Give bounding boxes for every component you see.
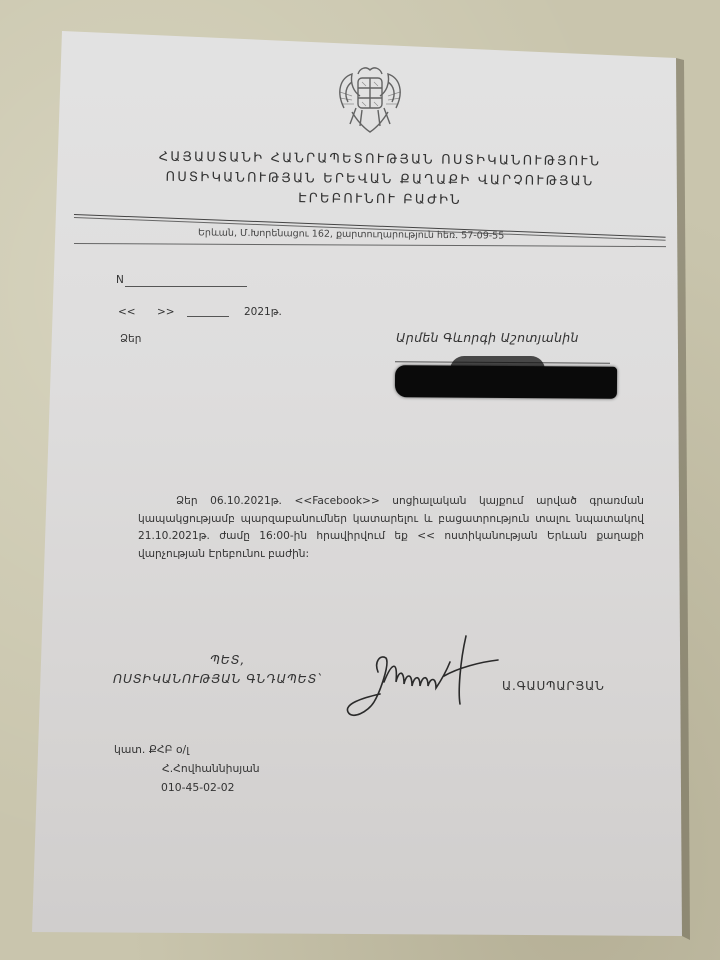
executor-label: կատ. ՔՀԲ օ/լ	[114, 743, 189, 756]
redacted-address	[395, 365, 617, 399]
date-quote-open: <<	[118, 306, 136, 318]
letter-body: Ձեր 06.10.2021թ. <<Facebook>> սոցիալական…	[138, 493, 644, 563]
executor-name: Հ.Հովհաննիսյան	[162, 762, 260, 775]
recipient-name: Արմեն Գևորգի Աշոտյանին	[396, 330, 579, 345]
reference-number-line	[125, 286, 247, 287]
signatory-title-2: ՈՍՏԻԿԱՆՈՒԹՅԱՆ ԳՆԴԱՊԵՏ՝	[113, 671, 321, 686]
reference-number-label: N	[116, 274, 124, 286]
header-line-2: ՈՍՏԻԿԱՆՈՒԹՅԱՆ ԵՐԵՎԱՆ ՔԱՂԱՔԻ ՎԱՐՉՈՒԹՅԱՆ	[150, 170, 610, 190]
header-rule-bottom	[74, 243, 666, 247]
header-line-3: ԷՐԵԲՈՒՆՈՒ ԲԱԺԻՆ	[150, 190, 610, 210]
salutation: Ձեր	[120, 333, 141, 345]
date-year: 2021թ.	[244, 306, 282, 318]
signatory-name: Ա.ԳԱՍՊԱՐՅԱՆ	[502, 679, 605, 693]
date-month-line	[187, 316, 229, 317]
executor-phone: 010-45-02-02	[161, 781, 235, 794]
address-line: Երևան, Մ.Խորենացու 162, քարտուղարություն…	[198, 227, 504, 241]
handwritten-signature-icon	[340, 632, 515, 724]
body-paragraph: Ձեր 06.10.2021թ. <<Facebook>> սոցիալական…	[138, 493, 644, 563]
letter-content: ՀԱՅԱՍՏԱՆԻ ՀԱՆՐԱՊԵՏՈՒԹՅԱՆ ՈՍՏԻԿԱՆՈՒԹՅՈՒՆ …	[0, 0, 720, 960]
date-quote-close: >>	[157, 306, 175, 318]
header-line-1: ՀԱՅԱՍՏԱՆԻ ՀԱՆՐԱՊԵՏՈՒԹՅԱՆ ՈՍՏԻԿԱՆՈՒԹՅՈՒՆ	[150, 150, 610, 170]
signatory-title-1: ՊԵՏ,	[210, 652, 245, 667]
coat-of-arms-icon	[330, 62, 410, 138]
